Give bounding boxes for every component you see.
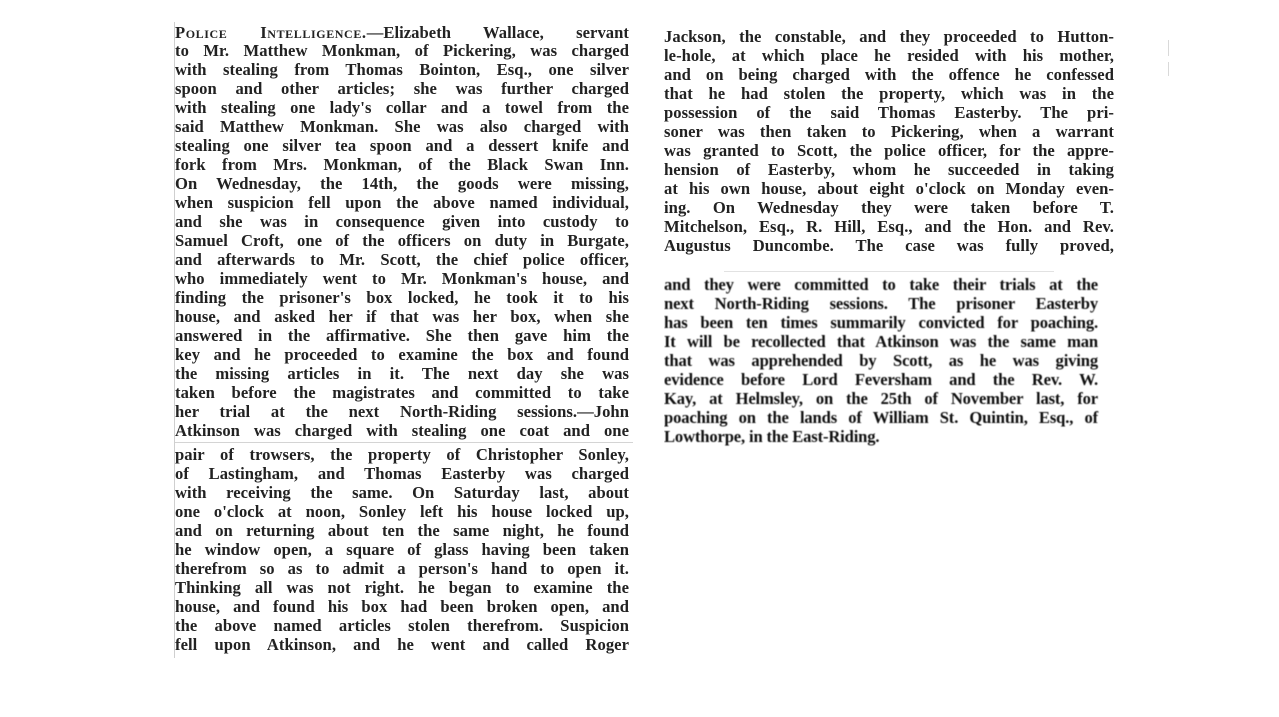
article-line: answered in the affirmative. She then ga… <box>175 327 629 345</box>
article-line: Kay, at Helmsley, on the 25th of Novembe… <box>664 390 1098 408</box>
article-line: ing. On Wednesday they were taken before… <box>664 199 1114 217</box>
article-line: therefrom so as to admit a person's hand… <box>175 560 629 578</box>
article-line: spoon and other articles; she was furthe… <box>175 80 629 98</box>
article-line: pair of trowsers, the property of Christ… <box>175 446 629 464</box>
right-column-bottom-clipping: and they were committed to take their tr… <box>664 271 1104 447</box>
article-line: with stealing from Thomas Bointon, Esq.,… <box>175 61 629 79</box>
article-line: that was apprehended by Scott, as he was… <box>664 352 1098 370</box>
article-line: one o'clock at noon, Sonley left his hou… <box>175 503 629 521</box>
article-line: Police Intelligence.—Elizabeth Wallace, … <box>175 24 629 42</box>
article-line: taken before the magistrates and committ… <box>175 384 629 402</box>
scan-artifact <box>1168 40 1169 56</box>
article-line: and afterwards to Mr. Scott, the chief p… <box>175 251 629 269</box>
article-line: the above named articles stolen therefro… <box>175 617 629 635</box>
article-line: with receiving the same. On Saturday las… <box>175 484 629 502</box>
article-line: he window open, a square of glass having… <box>175 541 629 559</box>
article-line: and she was in consequence given into cu… <box>175 213 629 231</box>
left-column-clipping: Police Intelligence.—Elizabeth Wallace, … <box>174 22 635 658</box>
article-line: the missing articles in it. The next day… <box>175 365 629 383</box>
article-line: fell upon Atkinson, and he went and call… <box>175 636 629 654</box>
article-line: hension of Easterby, whom he succeeded i… <box>664 161 1114 179</box>
article-line: On Wednesday, the 14th, the goods were m… <box>175 175 629 193</box>
article-line: and on returning about ten the same nigh… <box>175 522 629 540</box>
article-line: possession of the said Thomas Easterby. … <box>664 104 1114 122</box>
article-line: Samuel Croft, one of the officers on dut… <box>175 232 629 250</box>
article-line: poaching on the lands of William St. Qui… <box>664 409 1098 427</box>
clipping-seam <box>724 271 1054 272</box>
article-line: next North-Riding sessions. The prisoner… <box>664 295 1098 313</box>
article-line: house, and asked her if that was her box… <box>175 308 629 326</box>
article-line: Mitchelson, Esq., R. Hill, Esq., and the… <box>664 218 1114 236</box>
article-line: evidence before Lord Feversham and the R… <box>664 371 1098 389</box>
article-line: Lowthorpe, in the East-Riding. <box>664 428 1098 446</box>
article-line: to Mr. Matthew Monkman, of Pickering, wa… <box>175 42 629 60</box>
article-line: Atkinson was charged with stealing one c… <box>175 422 629 440</box>
article-line: when suspicion fell upon the above named… <box>175 194 629 212</box>
article-heading: Police Intelligence. <box>175 23 367 42</box>
article-line: It will be recollected that Atkinson was… <box>664 333 1098 351</box>
article-line: who immediately went to Mr. Monkman's ho… <box>175 270 629 288</box>
scan-artifact <box>1168 62 1169 76</box>
article-line: fork from Mrs. Monkman, of the Black Swa… <box>175 156 629 174</box>
article-line: house, and found his box had been broken… <box>175 598 629 616</box>
article-line: finding the prisoner's box locked, he to… <box>175 289 629 307</box>
article-line: stealing one silver tea spoon and a dess… <box>175 137 629 155</box>
article-line: at his own house, about eight o'clock on… <box>664 180 1114 198</box>
article-line: Augustus Duncombe. The case was fully pr… <box>664 237 1114 255</box>
article-line: Jackson, the constable, and they proceed… <box>664 28 1114 46</box>
article-line: was granted to Scott, the police officer… <box>664 142 1114 160</box>
article-line: and they were committed to take their tr… <box>664 276 1098 294</box>
article-line: that he had stolen the property, which w… <box>664 85 1114 103</box>
article-line: has been ten times summarily convicted f… <box>664 314 1098 332</box>
article-line: key and he proceeded to examine the box … <box>175 346 629 364</box>
clipping-seam <box>175 442 633 443</box>
article-line: soner was then taken to Pickering, when … <box>664 123 1114 141</box>
article-line: and on being charged with the offence he… <box>664 66 1114 84</box>
article-line: with stealing one lady's collar and a to… <box>175 99 629 117</box>
article-line: of Lastingham, and Thomas Easterby was c… <box>175 465 629 483</box>
right-column-top-clipping: Jackson, the constable, and they proceed… <box>664 26 1120 270</box>
article-line: le-hole, at which place he resided with … <box>664 47 1114 65</box>
article-line: said Matthew Monkman. She was also charg… <box>175 118 629 136</box>
article-line: Thinking all was not right. he began to … <box>175 579 629 597</box>
article-line: her trial at the next North-Riding sessi… <box>175 403 629 421</box>
